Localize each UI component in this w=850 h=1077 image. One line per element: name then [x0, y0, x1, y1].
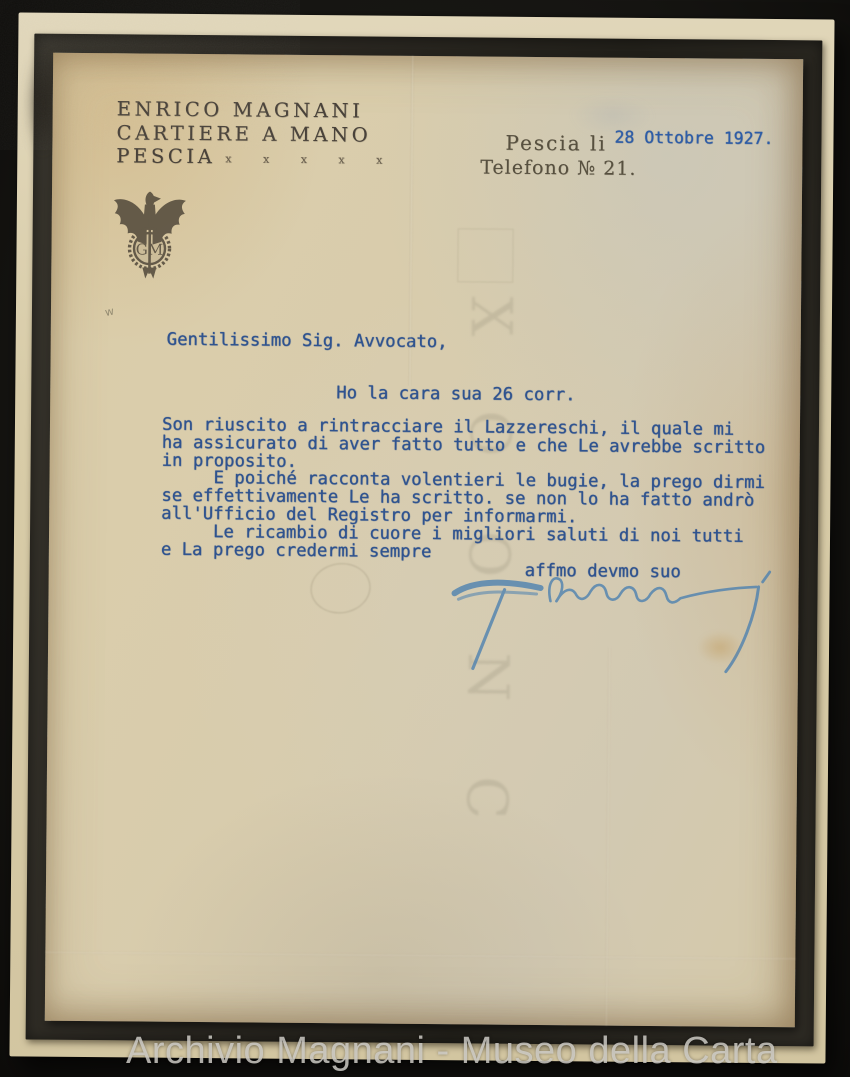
- letterhead-city-line: PESCIAx x x x x: [116, 144, 396, 172]
- salutation-line: Gentilissimo Sig. Avvocato,: [167, 330, 448, 352]
- eagle-medallion-emblem-icon: GM: [109, 185, 190, 286]
- paper-stain: [688, 624, 752, 671]
- photo-backdrop: XOONC ENRICO MAGNANI CARTIERE A MANO PES…: [0, 0, 850, 1077]
- letterhead-name: ENRICO MAGNANI: [117, 97, 397, 123]
- fleuron-ornaments-icon: x x x x x: [225, 152, 396, 166]
- letter-stack: XOONC ENRICO MAGNANI CARTIERE A MANO PES…: [0, 0, 850, 1077]
- archive-caption: Archivio Magnani - Museo della Carta: [126, 1030, 778, 1073]
- faint-pencil-circle: [308, 560, 374, 617]
- letterhead-city: PESCIA: [116, 144, 215, 168]
- opening-line: Ho la cara sua 26 corr.: [336, 383, 575, 405]
- letter-paper: XOONC ENRICO MAGNANI CARTIERE A MANO PES…: [45, 53, 803, 1028]
- paper-crease: [45, 951, 795, 961]
- paper-stain: [552, 85, 673, 146]
- medallion-monogram: GM: [136, 240, 163, 258]
- small-pencil-mark: w: [104, 304, 115, 319]
- paper-crease: [605, 648, 611, 1026]
- printed-telephone-label: Telefono № 21.: [480, 156, 636, 179]
- watermark-box: [457, 228, 513, 282]
- letter-paragraphs: Son riuscito a rintracciare il Lazzeresc…: [161, 417, 766, 565]
- letterhead-business: CARTIERE A MANO: [116, 121, 396, 147]
- letterhead: ENRICO MAGNANI CARTIERE A MANO PESCIAx x…: [116, 97, 397, 172]
